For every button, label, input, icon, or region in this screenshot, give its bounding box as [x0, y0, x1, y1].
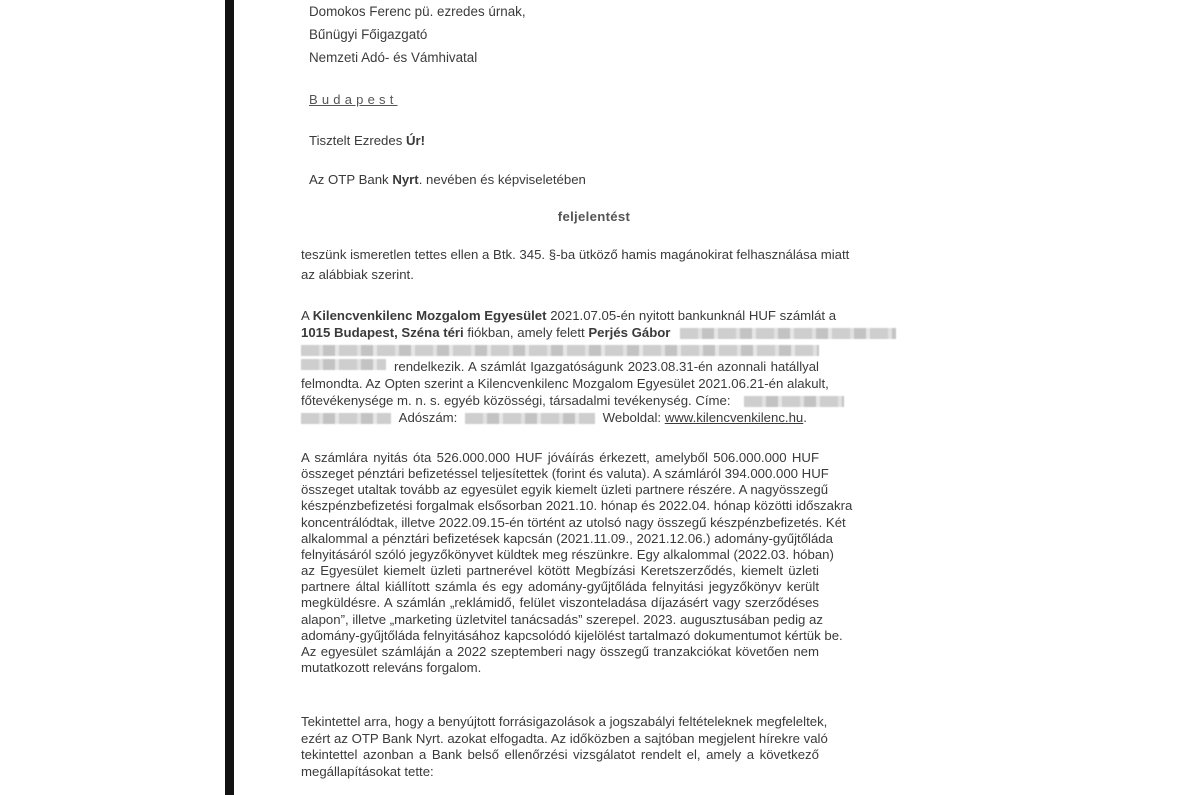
salutation-text: Tisztelt Ezredes: [309, 133, 406, 148]
para1-line-5-text: felmondta. Az Opten szerint a Kilencvenk…: [301, 376, 819, 392]
para1-line-1: A Kilencvenkilenc Mozgalom Egyesület 202…: [301, 308, 819, 324]
recipient-org: Nemzeti Adó- és Vámhivatal: [309, 50, 477, 66]
para2-line-text: partnere által kiállított számla és egy …: [301, 579, 819, 595]
salutation: Tisztelt Ezredes Úr!: [309, 133, 425, 149]
para1-line-5: felmondta. Az Opten szerint a Kilencvenk…: [301, 376, 819, 392]
para1-line-6-text: főtevékenysége m. n. s. egyéb közösségi,…: [301, 393, 731, 408]
para2-line: partnere által kiállított számla és egy …: [301, 579, 819, 595]
para2-line-text: összeget pénztári befizetéssel teljesíte…: [301, 466, 819, 482]
redacted-block: [680, 328, 896, 339]
para2-line-text: A számlára nyitás óta 526.000.000 HUF jó…: [301, 450, 819, 466]
intro-prefix: Az OTP Bank: [309, 172, 392, 187]
para3-line-text: Tekintettel arra, hogy a benyújtott forr…: [301, 714, 819, 730]
para2-line-text: az Egyesület kiemelt üzleti partnerével …: [301, 563, 819, 579]
para2-line: A számlára nyitás óta 526.000.000 HUF jó…: [301, 450, 819, 466]
para2-line-text: mutatkozott releváns forgalom.: [301, 660, 481, 675]
para2-line-text: koncentrálódtak, illetve 2022.09.15-én t…: [301, 515, 819, 531]
para2-line-text: adomány-gyűjtőláda felnyitásához kapcsol…: [301, 628, 819, 644]
tax-label: Adószám:: [399, 410, 458, 425]
para2-line: felnyitásáról szóló jegyzőkönyvet küldte…: [301, 547, 819, 563]
intro-suffix: . nevében és képviseletében: [419, 172, 586, 187]
charge-line-1-text: teszünk ismeretlen tettes ellen a Btk. 3…: [301, 247, 819, 263]
para1-line-2: 1015 Budapest, Széna téri fiókban, amely…: [301, 325, 819, 341]
para2-line-text: megküldésre. A számlán „reklámidő, felül…: [301, 595, 819, 611]
website-link[interactable]: www.kilencvenkilenc.hu: [665, 410, 804, 425]
para3-line: Tekintettel arra, hogy a benyújtott forr…: [301, 714, 819, 730]
intro-emph: Nyrt: [392, 172, 418, 187]
charge-line-1: teszünk ismeretlen tettes ellen a Btk. 3…: [301, 247, 819, 263]
branch-address: 1015 Budapest, Széna téri: [301, 325, 464, 340]
para3-line-text: ezért az OTP Bank Nyrt. azokat elfogadta…: [301, 731, 819, 747]
para3-line: ezért az OTP Bank Nyrt. azokat elfogadta…: [301, 731, 819, 747]
para2-line: összeget utaltak tovább az egyesület egy…: [301, 482, 819, 498]
intro-line: Az OTP Bank Nyrt. nevében és képviseleté…: [309, 172, 586, 188]
org-name: Kilencvenkilenc Mozgalom Egyesület: [313, 308, 547, 323]
para1-line-2-mid: fiókban, amely felett: [464, 325, 589, 340]
para2-line-text: alapon”, illetve „marketing üzletvitel t…: [301, 612, 819, 628]
website-label: Weboldal:: [603, 410, 661, 425]
para2-line-text: összeget utaltak tovább az egyesület egy…: [301, 482, 819, 498]
para2-line: megküldésre. A számlán „reklámidő, felül…: [301, 595, 819, 611]
recipient-title: Bűnügyi Főigazgató: [309, 27, 427, 43]
para3-line-text: tekintettel azonban a Bank belső ellenőr…: [301, 747, 819, 763]
para3-line: megállapításokat tette:: [301, 764, 819, 780]
redacted-block: [301, 359, 386, 370]
account-holder: Perjés Gábor: [588, 325, 670, 340]
para1-line-1-text: A Kilencvenkilenc Mozgalom Egyesület 202…: [301, 308, 819, 324]
para2-line: alapon”, illetve „marketing üzletvitel t…: [301, 612, 819, 628]
recipient-name: Domokos Ferenc pü. ezredes úrnak,: [309, 4, 526, 20]
para2-line-text: készpénzbefizetési forgalmak elsősorban …: [301, 498, 819, 514]
letter-page: Domokos Ferenc pü. ezredes úrnak, Bűnügy…: [234, 0, 954, 795]
para2-line-text: Az egyesület számláján a 2022 szeptember…: [301, 644, 819, 660]
document-title: feljelentést: [234, 209, 954, 225]
para2-line: az Egyesület kiemelt üzleti partnerével …: [301, 563, 819, 579]
para2-line: koncentrálódtak, illetve 2022.09.15-én t…: [301, 515, 819, 531]
para3-line-text: megállapításokat tette:: [301, 764, 434, 779]
redacted-block: [301, 345, 819, 356]
redacted-block: [465, 413, 595, 424]
para2-line: alkalommal a pénztári befizetések kapcsá…: [301, 531, 819, 547]
para2-line: adomány-gyűjtőláda felnyitásához kapcsol…: [301, 628, 819, 644]
para1-line-4-text: rendelkezik. A számlát Igazgatóságunk 20…: [394, 359, 819, 375]
para1-line-6: főtevékenysége m. n. s. egyéb közösségi,…: [301, 393, 819, 409]
para3-line: tekintettel azonban a Bank belső ellenőr…: [301, 747, 819, 763]
para2-line: készpénzbefizetési forgalmak elsősorban …: [301, 498, 819, 514]
para2-line: Az egyesület számláján a 2022 szeptember…: [301, 644, 819, 660]
para2-line-text: felnyitásáról szóló jegyzőkönyvet küldte…: [301, 547, 819, 563]
para1-line-7: Adószám: Weboldal: www.kilencvenkilenc.h…: [301, 410, 819, 426]
para2-line-text: alkalommal a pénztári befizetések kapcsá…: [301, 531, 819, 547]
para1-line-4: rendelkezik. A számlát Igazgatóságunk 20…: [301, 359, 819, 375]
para2-line: mutatkozott releváns forgalom.: [301, 660, 819, 676]
scan-border: [225, 0, 234, 795]
salutation-emph: Úr!: [406, 133, 425, 148]
para1-line-7-end: .: [803, 410, 807, 425]
para1-line-3: [301, 342, 819, 358]
charge-line-2: az alábbiak szerint.: [301, 267, 819, 283]
redacted-block: [301, 413, 391, 424]
redacted-block: [744, 396, 844, 407]
para2-line: összeget pénztári befizetéssel teljesíte…: [301, 466, 819, 482]
recipient-city: Budapest: [309, 92, 398, 108]
